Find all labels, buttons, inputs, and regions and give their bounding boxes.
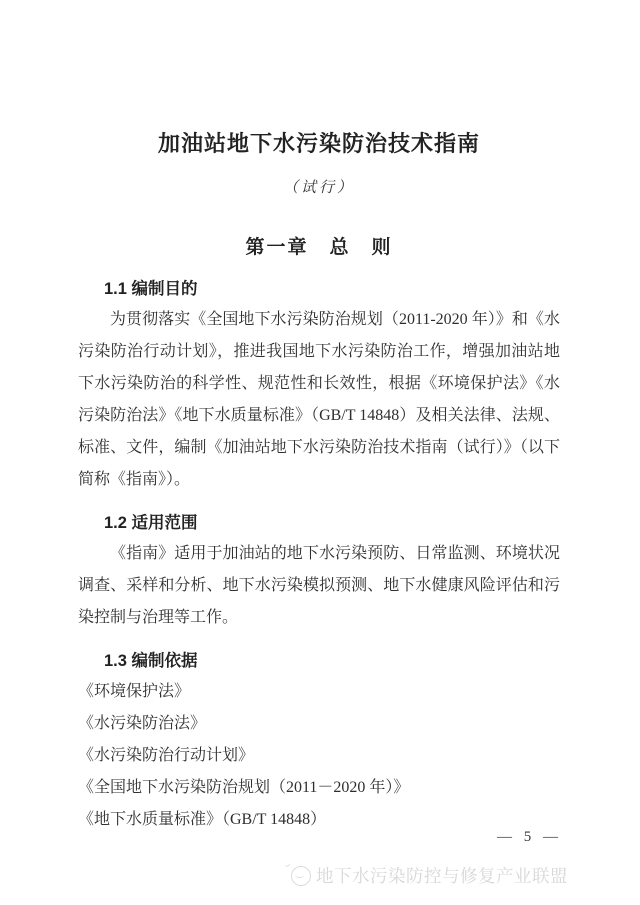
section-heading-1-2: 1.2 适用范围	[78, 510, 560, 536]
section-heading-1-3: 1.3 编制依据	[78, 648, 560, 674]
section-heading-1-1: 1.1 编制目的	[78, 276, 560, 302]
section-1-1-paragraph: 为贯彻落实《全国地下水污染防治规划（2011-2020 年）》和《水污染防治行动…	[78, 304, 560, 496]
page-number: — 5 —	[497, 829, 562, 846]
watermark: 地下水污染防控与修复产业联盟	[291, 863, 568, 888]
section-1-2-paragraph: 《指南》适用于加油站的地下水污染预防、日常监测、环境状况调查、采样和分析、地下水…	[78, 538, 560, 634]
reference-item: 《环境保护法》	[78, 676, 560, 708]
document-title: 加油站地下水污染防治技术指南	[78, 128, 560, 160]
reference-item: 《水污染防治行动计划》	[78, 740, 560, 772]
watermark-text: 地下水污染防控与修复产业联盟	[316, 863, 568, 888]
document-content: 加油站地下水污染防治技术指南 （试行） 第一章 总 则 1.1 编制目的 为贯彻…	[78, 0, 560, 836]
alliance-logo-icon	[291, 866, 311, 886]
reference-item: 《地下水质量标准》（GB/T 14848）	[78, 804, 560, 836]
reference-list: 《环境保护法》 《水污染防治法》 《水污染防治行动计划》 《全国地下水污染防治规…	[78, 676, 560, 836]
reference-item: 《水污染防治法》	[78, 708, 560, 740]
document-subtitle: （试行）	[78, 176, 560, 200]
reference-item: 《全国地下水污染防治规划（2011－2020 年）》	[78, 772, 560, 804]
chapter-heading: 第一章 总 则	[78, 234, 560, 262]
document-page: 加油站地下水污染防治技术指南 （试行） 第一章 总 则 1.1 编制目的 为贯彻…	[0, 0, 640, 905]
